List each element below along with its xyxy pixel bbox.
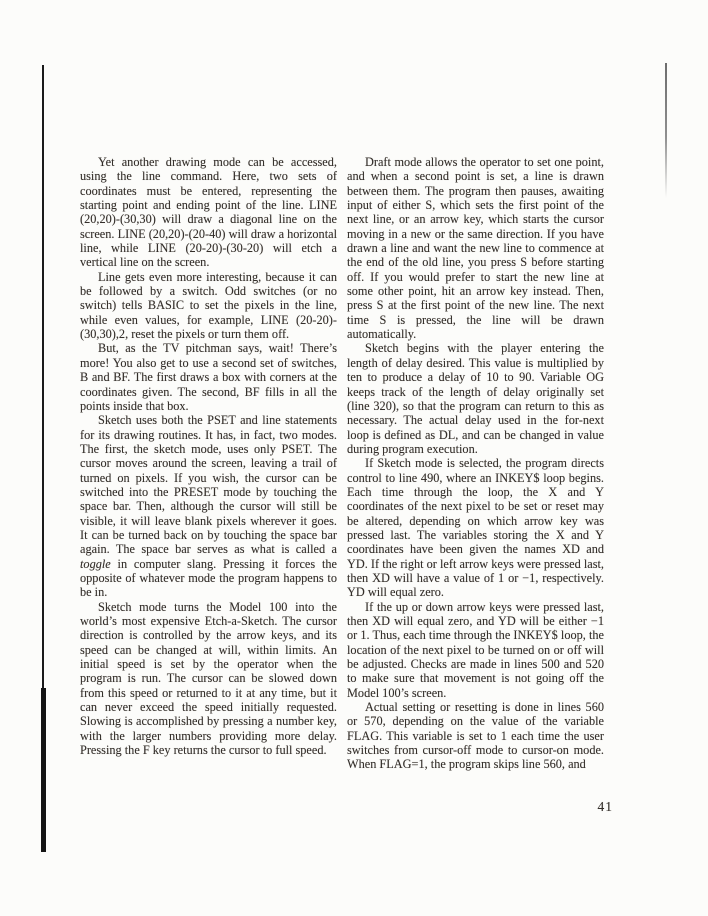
text-run: Draft mode allows the operator to set on…: [347, 155, 604, 341]
paragraph: Sketch mode turns the Model 100 into the…: [80, 600, 337, 758]
article-body: Yet another drawing mode can be accessed…: [80, 155, 604, 772]
paragraph: Draft mode allows the operator to set on…: [347, 155, 604, 341]
text-run: Actual setting or resetting is done in l…: [347, 700, 604, 771]
text-run: Line gets even more interesting, because…: [80, 270, 337, 341]
scan-edge-left-shadow: [41, 688, 46, 852]
paragraph: Actual setting or resetting is done in l…: [347, 700, 604, 772]
text-run: Yet another drawing mode can be accessed…: [80, 155, 337, 269]
text-run: Sketch mode turns the Model 100 into the…: [80, 600, 337, 757]
text-run: If Sketch mode is selected, the program …: [347, 456, 604, 599]
paragraph: But, as the TV pitchman says, wait! Ther…: [80, 341, 337, 413]
paragraph: If Sketch mode is selected, the program …: [347, 456, 604, 599]
text-run: Sketch begins with the player entering t…: [347, 341, 604, 455]
paragraph: Sketch uses both the PSET and line state…: [80, 413, 337, 599]
text-run: Sketch uses both the PSET and line state…: [80, 413, 337, 556]
text-run: in computer slang. Pressing it forces th…: [80, 557, 337, 600]
page-number: 41: [560, 799, 613, 815]
text-run: But, as the TV pitchman says, wait! Ther…: [80, 341, 337, 412]
book-page: Yet another drawing mode can be accessed…: [0, 0, 708, 916]
paragraph: If the up or down arrow keys were presse…: [347, 600, 604, 700]
italic-text-run: toggle: [80, 557, 111, 571]
paragraph: Sketch begins with the player entering t…: [347, 341, 604, 456]
scan-edge-right: [665, 63, 667, 198]
paragraph: Line gets even more interesting, because…: [80, 270, 337, 342]
left-column: Yet another drawing mode can be accessed…: [80, 155, 337, 772]
right-column: Draft mode allows the operator to set on…: [347, 155, 604, 772]
paragraph: Yet another drawing mode can be accessed…: [80, 155, 337, 270]
text-run: If the up or down arrow keys were presse…: [347, 600, 604, 700]
